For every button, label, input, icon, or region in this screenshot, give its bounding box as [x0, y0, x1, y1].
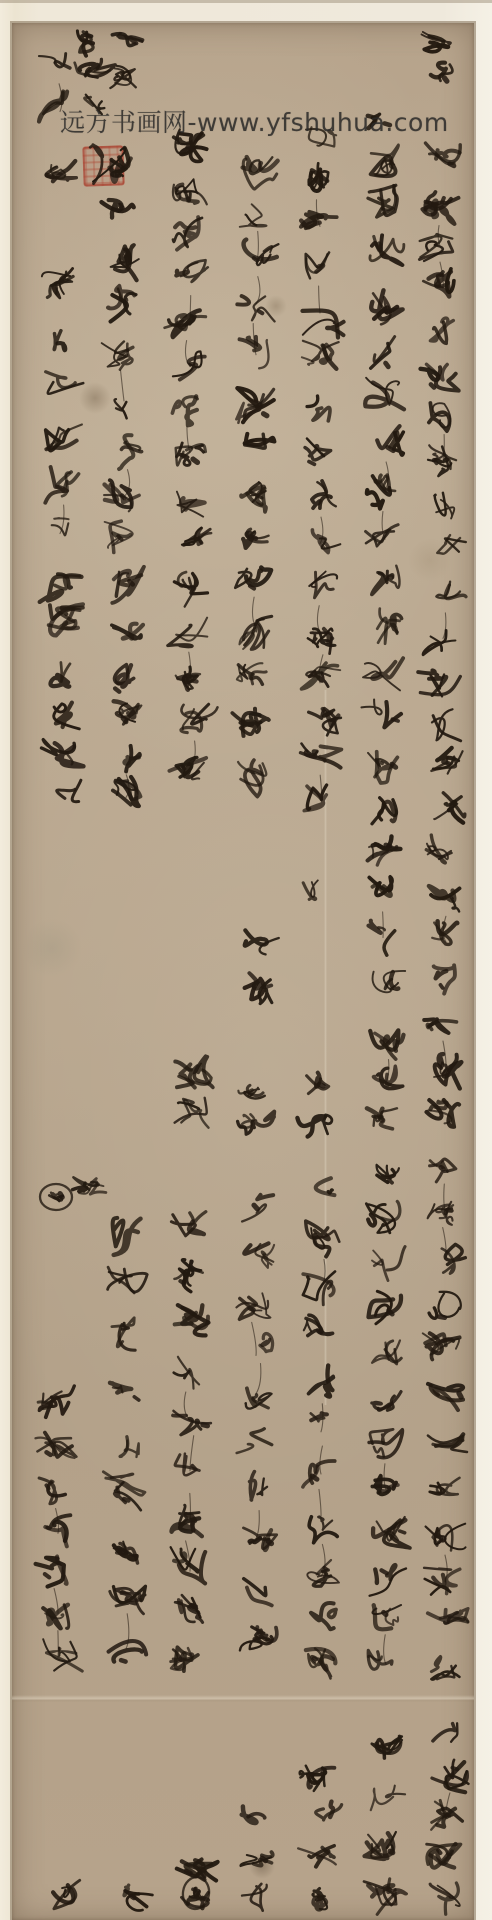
watermark-text: 远方书画网-www.yfshuhua.com [60, 106, 480, 140]
calligraphy-scroll-photo: 远方书画网-www.yfshuhua.com [0, 0, 492, 1920]
calligraphy-ink [0, 0, 492, 1920]
